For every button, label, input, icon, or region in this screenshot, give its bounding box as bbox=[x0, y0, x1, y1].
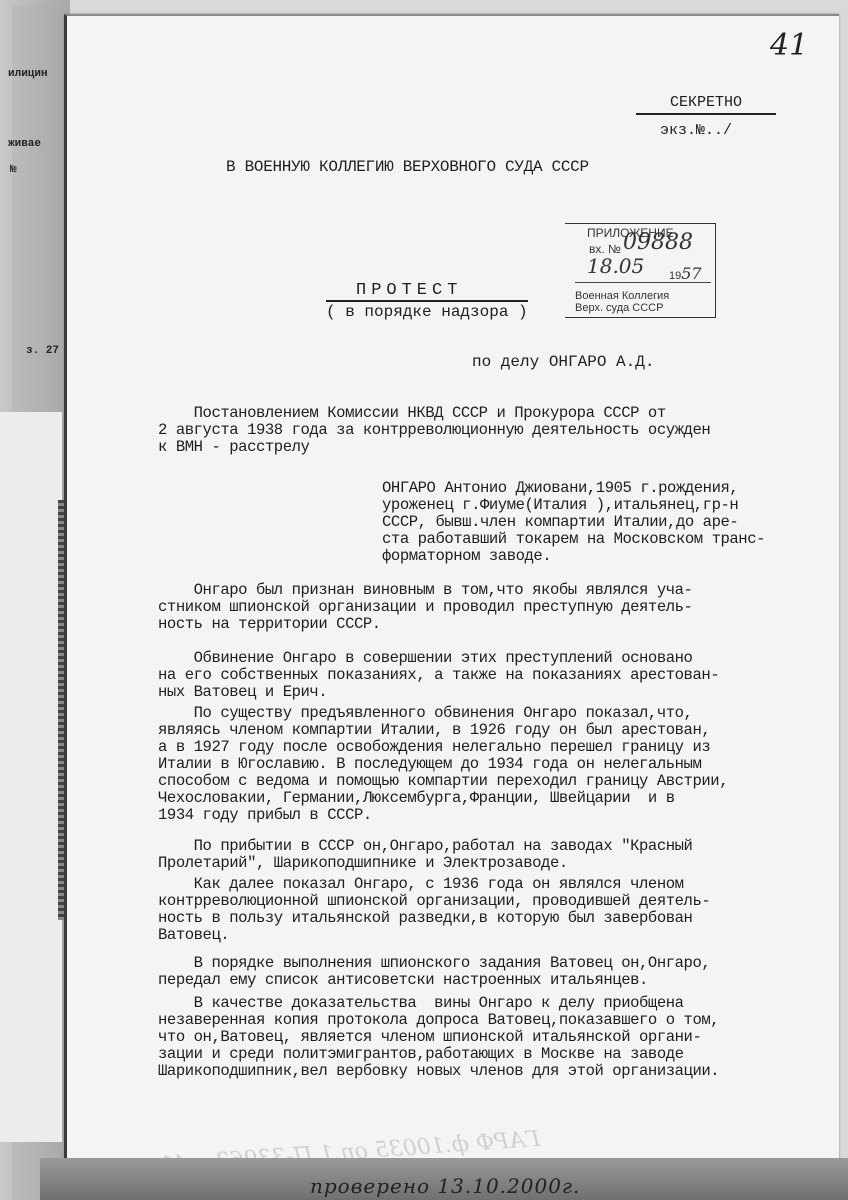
page-number: 41 bbox=[770, 28, 808, 63]
handwritten-verification-note: проверено 13.10.2000г. bbox=[310, 1174, 580, 1198]
case-reference: по делу ОНГАРО А.Д. bbox=[472, 353, 654, 371]
stamp-divider bbox=[575, 282, 711, 283]
receipt-stamp: ПРИЛОЖЕНИЕ вх. № 09888 18.05 1957 Военна… bbox=[565, 223, 716, 318]
underlying-page-lower bbox=[0, 412, 62, 1142]
document-subtitle: ( в порядке надзора ) bbox=[326, 300, 528, 321]
paragraph-charge: Онгаро был признан виновным в том,что як… bbox=[158, 582, 692, 633]
stamp-org-line: Военная Коллегия bbox=[575, 290, 669, 302]
stamp-number: 09888 bbox=[623, 230, 693, 255]
paragraph-employment: По прибытии в СССР он,Онгаро,работал на … bbox=[158, 838, 692, 872]
copy-number: экз.№../ bbox=[660, 122, 732, 139]
binding-thread bbox=[58, 500, 64, 920]
paragraph-defendant: ОНГАРО Антонио Джиовани,1905 г.рождения,… bbox=[382, 480, 765, 565]
margin-fragment: илицин bbox=[8, 68, 48, 80]
stamp-year-hand: 57 bbox=[681, 264, 701, 283]
paragraph-verdict: Постановлением Комиссии НКВД СССР и Прок… bbox=[158, 405, 710, 456]
classification-label: СЕКРЕТНО bbox=[636, 94, 776, 115]
paragraph-organization: Как далее показал Онгаро, с 1936 года он… bbox=[158, 876, 710, 944]
paragraph-assignment: В порядке выполнения шпионского задания … bbox=[158, 955, 710, 989]
paragraph-testimony: По существу предъявленного обвинения Онг… bbox=[158, 705, 728, 824]
stamp-date: 18.05 bbox=[587, 254, 644, 278]
paragraph-evidence-basis: Обвинение Онгаро в совершении этих прест… bbox=[158, 650, 719, 701]
stamp-year-prefix: 19 bbox=[669, 270, 681, 282]
margin-fragment: живае bbox=[8, 138, 41, 150]
margin-fragment: № bbox=[10, 164, 17, 176]
underlying-page-bottom: проверено 13.10.2000г. bbox=[40, 1158, 848, 1200]
addressee: В ВОЕННУЮ КОЛЛЕГИЮ ВЕРХОВНОГО СУДА СССР bbox=[226, 158, 589, 176]
margin-fragment: з. 27 bbox=[26, 345, 59, 357]
stamp-org-line: Верх. суда СССР bbox=[575, 302, 663, 314]
document-title: ПРОТЕСТ bbox=[356, 281, 462, 300]
stamp-year: 1957 bbox=[669, 264, 702, 283]
paragraph-proof: В качестве доказательства вины Онгаро к … bbox=[158, 995, 719, 1080]
